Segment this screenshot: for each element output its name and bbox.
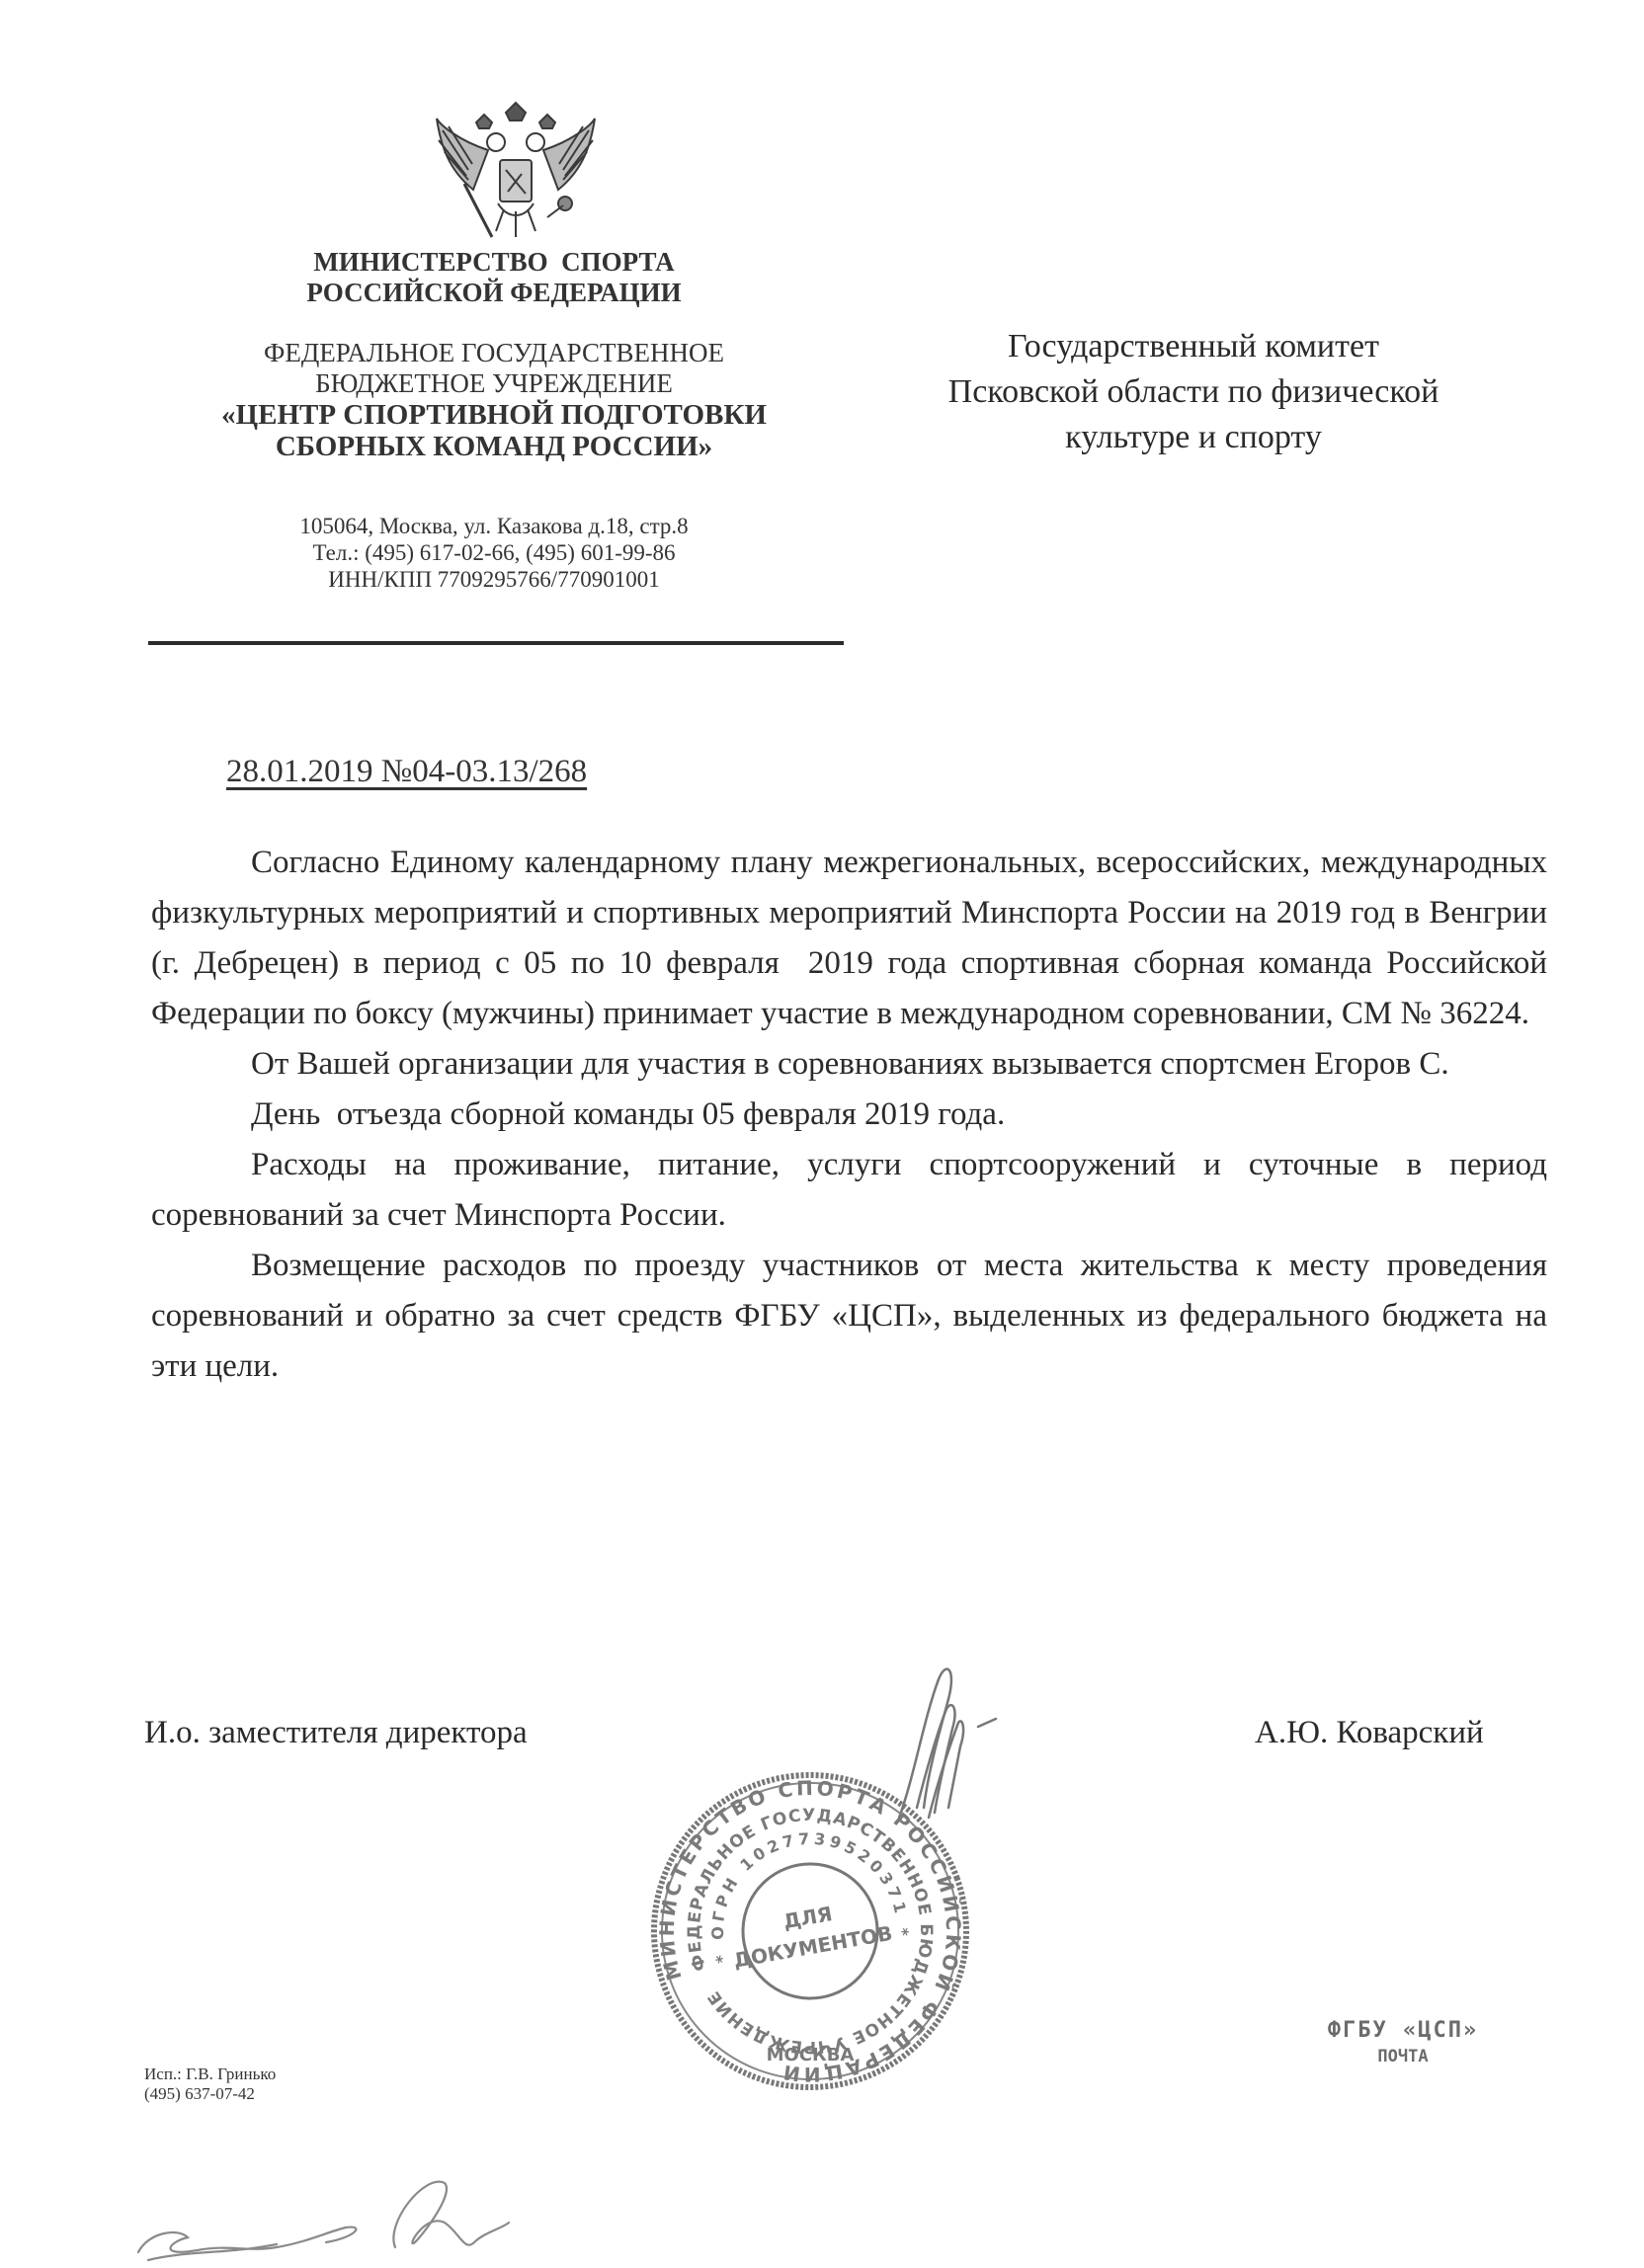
paragraph-5: Возмещение расходов по проезду участнико… bbox=[151, 1241, 1547, 1392]
ministry-line-1: МИНИСТЕРСТВО СПОРТА bbox=[237, 247, 751, 278]
signatory-name: А.Ю. Коварский bbox=[1255, 1715, 1484, 1751]
institution-name: «ЦЕНТР СПОРТИВНОЙ ПОДГОТОВКИ СБОРНЫХ КОМ… bbox=[188, 399, 800, 462]
institution-type-line-1: ФЕДЕРАЛЬНОЕ ГОСУДАРСТВЕННОЕ bbox=[188, 338, 800, 368]
institution-type: ФЕДЕРАЛЬНОЕ ГОСУДАРСТВЕННОЕ БЮДЖЕТНОЕ УЧ… bbox=[188, 338, 800, 399]
mail-stamp-line-2: ПОЧТА bbox=[1314, 2047, 1492, 2066]
addressee-block: Государственный комитет Псковской област… bbox=[907, 324, 1480, 460]
inn-kpp: ИНН/КПП 7709295766/770901001 bbox=[217, 566, 771, 593]
state-emblem-icon bbox=[419, 101, 613, 249]
institution-name-line-2: СБОРНЫХ КОМАНД РОССИИ» bbox=[188, 431, 800, 462]
address: 105064, Москва, ул. Казакова д.18, стр.8 bbox=[217, 513, 771, 539]
letter-body: Согласно Единому календарному плану межр… bbox=[151, 838, 1547, 1392]
ministry-line-2: РОССИЙСКОЙ ФЕДЕРАЦИИ bbox=[237, 278, 751, 308]
paragraph-2: От Вашей организации для участия в сорев… bbox=[151, 1039, 1547, 1090]
svg-text:ДЛЯ: ДЛЯ bbox=[781, 1902, 834, 1933]
paragraph-3: День отъезда сборной команды 05 февраля … bbox=[151, 1090, 1547, 1140]
addressee-line-2: Псковской области по физической bbox=[907, 369, 1480, 415]
official-seal-icon: МИНИСТЕРСТВО СПОРТА РОССИЙСКОЙ ФЕДЕРАЦИИ… bbox=[647, 1768, 973, 2094]
executor-phone: (495) 637-07-42 bbox=[144, 2084, 276, 2104]
executor-name: Исп.: Г.В. Гринько bbox=[144, 2065, 276, 2084]
paragraph-4: Расходы на проживание, питание, услуги с… bbox=[151, 1140, 1547, 1241]
mail-stamp-line-1: ФГБУ «ЦСП» bbox=[1314, 2018, 1492, 2043]
approval-signatures-icon bbox=[128, 2134, 543, 2268]
signatory-title: И.о. заместителя директора bbox=[144, 1715, 528, 1751]
institution-type-line-2: БЮДЖЕТНОЕ УЧРЕЖДЕНИЕ bbox=[188, 368, 800, 399]
letterhead-divider bbox=[148, 641, 844, 645]
document-reference: 28.01.2019 №04-03.13/268 bbox=[226, 754, 587, 790]
ministry-name: МИНИСТЕРСТВО СПОРТА РОССИЙСКОЙ ФЕДЕРАЦИИ bbox=[237, 247, 751, 308]
addressee-line-3: культуре и спорту bbox=[907, 415, 1480, 460]
addressee-line-1: Государственный комитет bbox=[907, 324, 1480, 369]
svg-text:МОСКВА: МОСКВА bbox=[767, 2045, 855, 2065]
mail-stamp: ФГБУ «ЦСП» ПОЧТА bbox=[1314, 2018, 1492, 2066]
executor-block: Исп.: Г.В. Гринько (495) 637-07-42 bbox=[144, 2065, 276, 2104]
phones: Тел.: (495) 617-02-66, (495) 601-99-86 bbox=[217, 539, 771, 566]
institution-name-line-1: «ЦЕНТР СПОРТИВНОЙ ПОДГОТОВКИ bbox=[188, 399, 800, 431]
paragraph-1: Согласно Единому календарному плану межр… bbox=[151, 838, 1547, 1039]
contact-block: 105064, Москва, ул. Казакова д.18, стр.8… bbox=[217, 513, 771, 593]
